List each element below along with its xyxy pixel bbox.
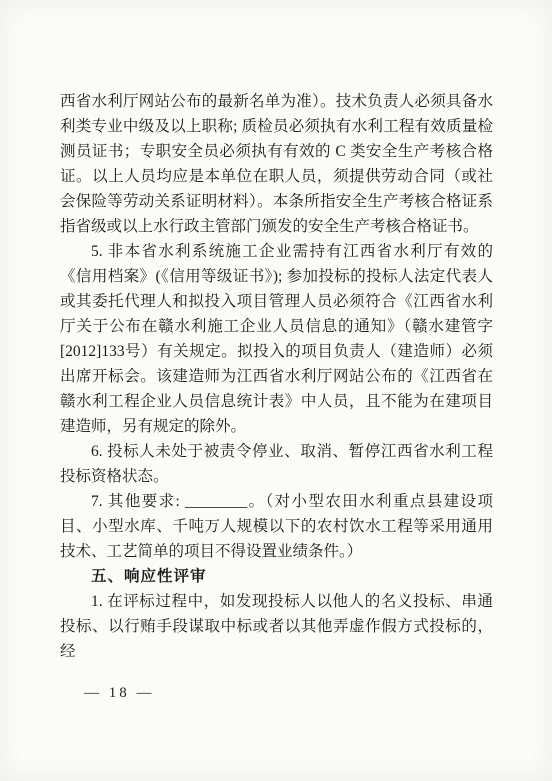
paragraph-item-7: 7. 其他要求: ________。（对小型农田水利重点县建设项目、小型水库、千… [60, 489, 493, 564]
page-number: — 18 — [84, 685, 155, 702]
paragraph-item-6: 6. 投标人未处于被责令停业、取消、暂停江西省水利工程投标资格状态。 [60, 439, 493, 489]
document-page: 西省水利厅网站公布的最新名单为准）。技术负责人必须具备水利类专业中级及以上职称;… [0, 0, 552, 781]
section-heading: 五、响应性评审 [60, 564, 493, 589]
paragraph-item-1: 1. 在评标过程中，如发现投标人以他人的名义投标、串通投标、以行贿手段谋取中标或… [60, 589, 493, 664]
paragraph-continuation: 西省水利厅网站公布的最新名单为准）。技术负责人必须具备水利类专业中级及以上职称;… [60, 89, 493, 239]
body-text: 西省水利厅网站公布的最新名单为准）。技术负责人必须具备水利类专业中级及以上职称;… [60, 89, 493, 664]
paragraph-item-5: 5. 非本省水利系统施工企业需持有江西省水利厅有效的《信用档案》(《信用等级证书… [60, 239, 493, 439]
